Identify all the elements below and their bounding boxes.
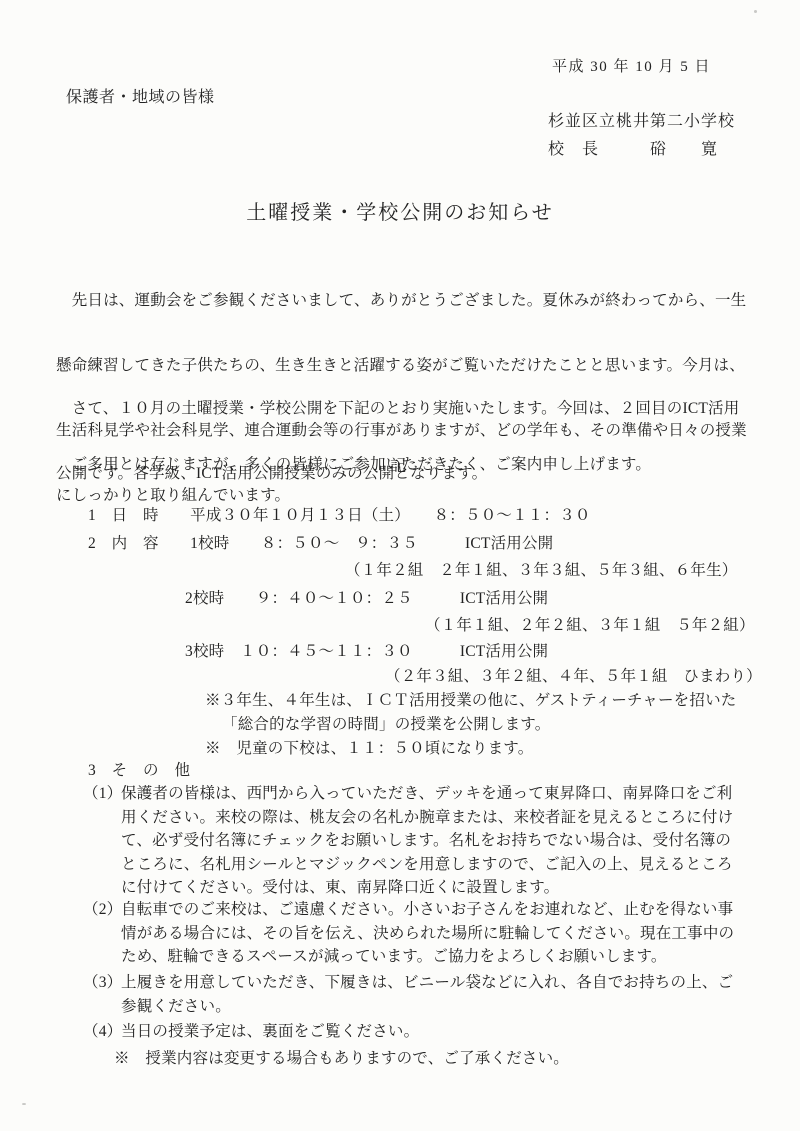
principal-name: 校 長 硲 寛 xyxy=(548,136,718,159)
item-text: 保護者の皆様は、西門から入っていただき、デッキを通って東昇降口、南昇降口をご利用… xyxy=(121,782,745,900)
paragraph-line: 先日は、運動会をご参観くださいまして、ありがとうござました。夏休みが終わってから… xyxy=(56,286,756,315)
schedule-period1-line: 2 内 容 1校時 ８：５０～ ９：３５ ICT活用公開 xyxy=(88,531,553,553)
item-number: （2） xyxy=(83,898,121,969)
issue-date: 平成 30 年 10 月 5 日 xyxy=(552,55,711,76)
item-text: 自転車でのご来校は、ご遠慮ください。小さいお子さんをお連れなど、止むを得ない事情… xyxy=(121,898,745,969)
item-text: 当日の授業予定は、裏面をご覧ください。 xyxy=(121,1020,745,1044)
footer-note: ※ 授業内容は変更する場合もありますので、ご了承ください。 xyxy=(114,1046,569,1068)
item-number: （3） xyxy=(83,971,121,1018)
others-item-2: （2） 自転車でのご来校は、ご遠慮ください。小さいお子さんをお連れなど、止むを得… xyxy=(83,898,745,969)
notice-page: 平成 30 年 10 月 5 日 保護者・地域の皆様 杉並区立桃井第二小学校 校… xyxy=(0,0,800,1131)
item-number: （4） xyxy=(83,1020,121,1044)
schedule-datetime-line: 1 日 時 平成３０年１０月１３日（土） ８：５０～１１：３０ xyxy=(88,503,591,525)
schedule-note-dismissal: ※ 児童の下校は、１１：５０頃になります。 xyxy=(205,736,533,758)
schedule-period2-line: 2校時 ９：４０～１０：２５ ICT活用公開 xyxy=(185,586,548,608)
item-number: （1） xyxy=(83,782,121,900)
schedule-note-guest-teacher-cont: 「総合的な学習の時間」の授業を公開します。 xyxy=(222,712,550,734)
schedule-period3-classes: （２年３組、３年２組、４年、５年１組 ひまわり） xyxy=(385,664,762,686)
schedule-period3-line: 3校時 １０：４５～１１：３０ ICT活用公開 xyxy=(185,639,548,661)
scan-speck xyxy=(22,1103,26,1105)
schedule-period2-classes: （１年１組、２年２組、３年１組 ５年２組） xyxy=(425,613,755,635)
others-item-1: （1） 保護者の皆様は、西門から入っていただき、デッキを通って東昇降口、南昇降口… xyxy=(83,782,745,900)
scan-speck xyxy=(754,10,757,13)
schedule-period1-classes: （１年２組 ２年１組、３年３組、５年３組、６年生） xyxy=(345,558,738,580)
section-others-heading: 3 そ の 他 xyxy=(88,758,190,780)
others-item-4: （4） 当日の授業予定は、裏面をご覧ください。 xyxy=(83,1020,745,1044)
addressee: 保護者・地域の皆様 xyxy=(66,84,215,107)
item-text: 上履きを用意していただき、下履きは、ビニール袋などに入れ、各自でお持ちの上、ご参… xyxy=(121,971,745,1018)
school-name: 杉並区立桃井第二小学校 xyxy=(548,108,735,131)
notice-title: 土曜授業・学校公開のお知らせ xyxy=(0,196,800,225)
record-marker: 記 xyxy=(0,453,800,476)
others-item-3: （3） 上履きを用意していただき、下履きは、ビニール袋などに入れ、各自でお持ちの… xyxy=(83,971,745,1018)
schedule-note-guest-teacher: ※３年生、４年生は、ＩＣＴ活用授業の他に、ゲストティーチャーを招いた xyxy=(205,688,736,710)
